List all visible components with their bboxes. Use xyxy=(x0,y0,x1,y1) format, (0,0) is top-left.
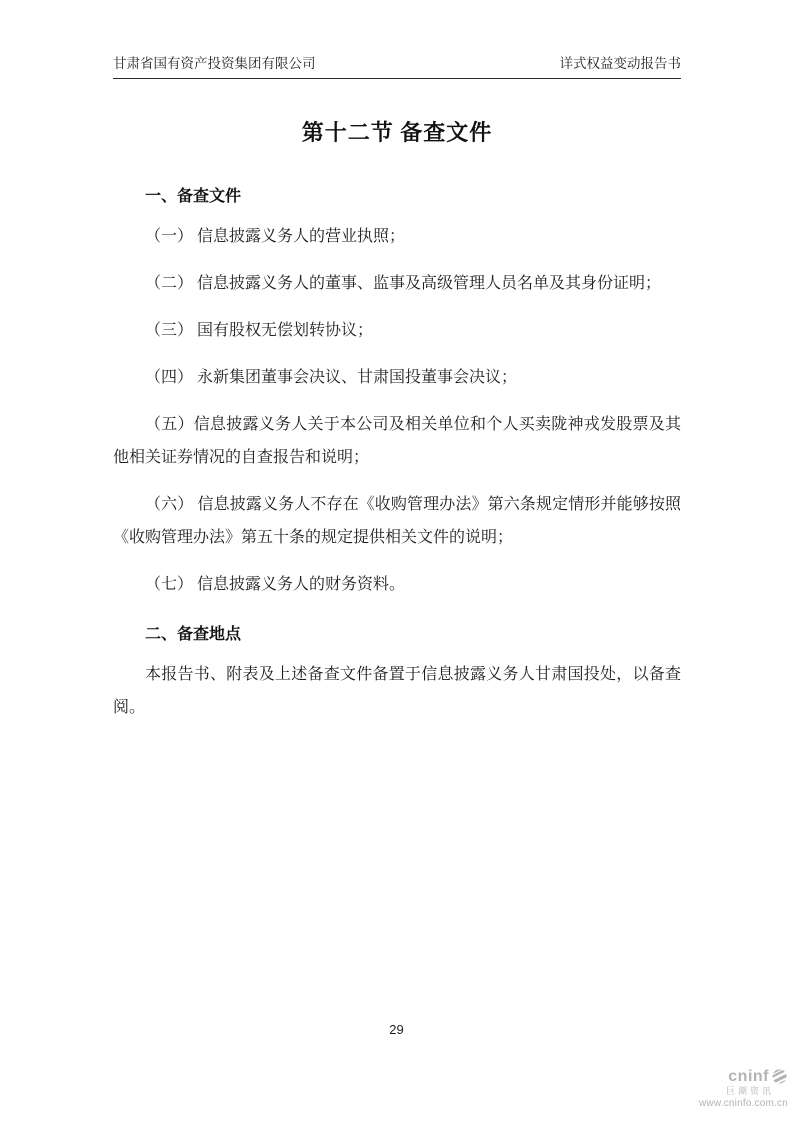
document-page: 甘肃省国有资产投资集团有限公司 详式权益变动报告书 第十二节 备查文件 一、备查… xyxy=(0,0,793,1122)
cninfo-brand-text: cninf xyxy=(728,1068,769,1086)
list-item: （四） 永新集团董事会决议、甘肃国投董事会决议； xyxy=(113,361,681,394)
page-number: 29 xyxy=(0,1022,793,1037)
list-item: （六） 信息披露义务人不存在《收购管理办法》第六条规定情形并能够按照《收购管理办… xyxy=(113,488,681,554)
header-report-type: 详式权益变动报告书 xyxy=(560,54,682,74)
cninfo-chinese-name: 巨潮资讯 xyxy=(678,1087,774,1097)
list-item: （三） 国有股权无偿划转协议； xyxy=(113,314,681,347)
cninfo-watermark: cninf 巨潮资讯 www.cninfo.com.cn xyxy=(678,1068,788,1109)
list-item: （一） 信息披露义务人的营业执照； xyxy=(113,220,681,253)
document-content: 第十二节 备查文件 一、备查文件 （一） 信息披露义务人的营业执照； （二） 信… xyxy=(113,78,681,724)
cninfo-swirl-icon xyxy=(771,1068,788,1085)
list-item: （二） 信息披露义务人的董事、监事及高级管理人员名单及其身份证明； xyxy=(113,267,681,300)
cninfo-brand-row: cninf xyxy=(678,1068,788,1086)
cninfo-url: www.cninfo.com.cn xyxy=(678,1098,788,1109)
page-title: 第十二节 备查文件 xyxy=(113,116,681,147)
section-heading-documents: 一、备查文件 xyxy=(113,183,681,206)
section-heading-location: 二、备查地点 xyxy=(113,621,681,644)
header-company-name: 甘肃省国有资产投资集团有限公司 xyxy=(113,54,316,74)
running-header: 甘肃省国有资产投资集团有限公司 详式权益变动报告书 xyxy=(113,54,681,79)
list-item: （七） 信息披露义务人的财务资料。 xyxy=(113,568,681,601)
body-paragraph: 本报告书、附表及上述备查文件备置于信息披露义务人甘肃国投处，以备查阅。 xyxy=(113,658,681,724)
list-item: （五）信息披露义务人关于本公司及相关单位和个人买卖陇神戎发股票及其他相关证券情况… xyxy=(113,408,681,474)
